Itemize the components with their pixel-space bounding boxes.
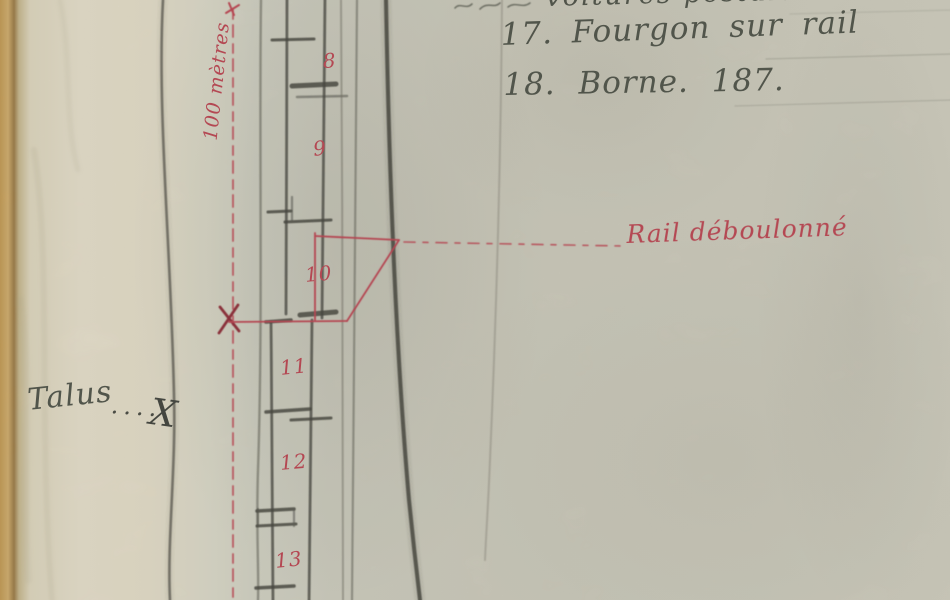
talus-x-mark: X [147,392,180,436]
scanned-document-page: voitures-postales sur rail 17. Fourgon s… [0,0,950,600]
note-item-18: 18. Borne. 187. [503,63,785,102]
sketch-drawing [0,0,950,600]
segment-number-11: 11 [279,354,309,379]
label-leader-line [404,242,622,246]
paper-texture-overlay [0,0,950,600]
paper-creases [20,0,78,600]
sabotage-point-cross [219,305,239,333]
cutoff-writing-strokes [455,3,530,9]
talus-label: Talus [26,375,114,417]
segment-number-10: 10 [304,262,333,286]
rail-deboulonne-label: Rail déboulonné [626,213,848,248]
segment-number-8: 8 [322,49,337,72]
segment-number-12: 12 [279,450,308,474]
distance-label: 100 mètres [201,21,234,142]
segment-number-9: 9 [312,137,328,160]
segment-number-13: 13 [274,547,304,572]
